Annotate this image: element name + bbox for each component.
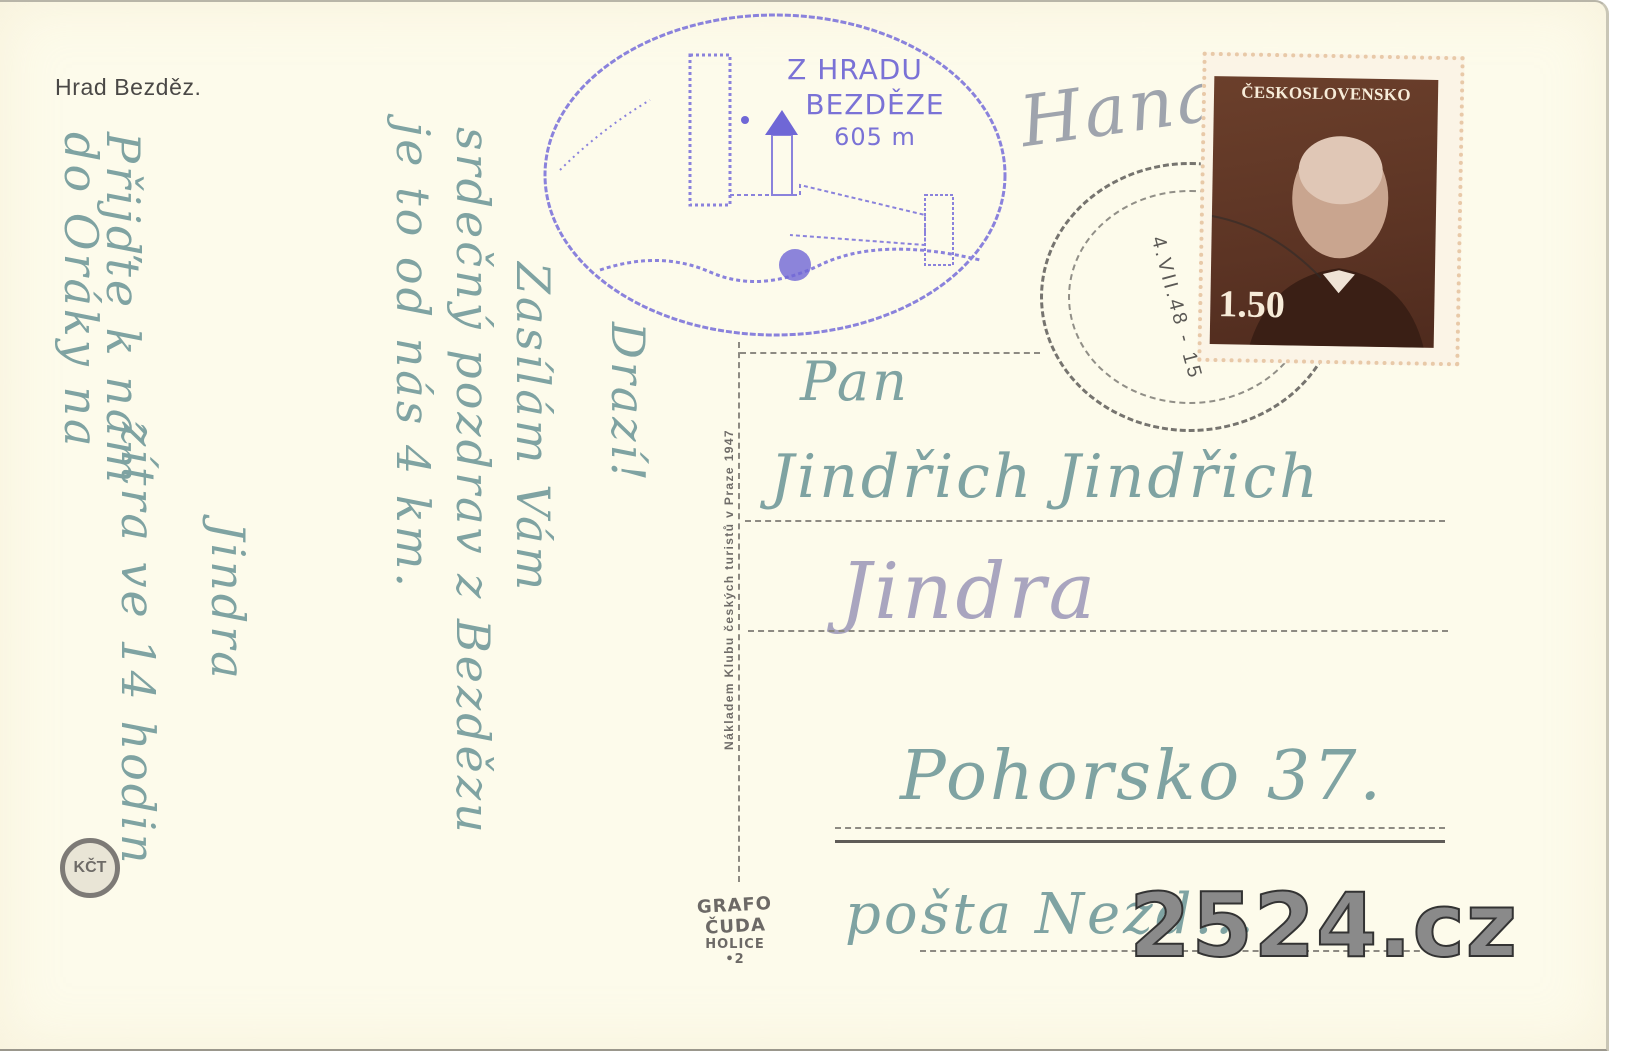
address-pencil-name: Jindra [840,547,1098,637]
address-street: Pohorsko 37. [900,737,1384,816]
postcard-back: Hrad Bezděz. Přijďte k nám do Oráky na z… [0,0,1609,1051]
cachet-line: 605 m [790,122,960,152]
pencil-note: Hana [1015,54,1226,163]
address-salutation: Pan [800,350,910,413]
address-line-solid [835,840,1445,843]
center-divider [738,342,740,882]
postage-stamp: ČESKOSLOVENSKO 1.50 [1210,76,1439,348]
cachet-line: BEZDĚZE [790,87,960,122]
kct-emblem-icon: KČT [60,838,120,898]
handwritten-line: do Oráky na [54,132,108,449]
address-name: Jindřich Jindřich [770,442,1321,512]
printer-name: GRAFO ČUDA [664,891,806,940]
handwritten-line: zítra ve 14 hodin [111,422,165,867]
card-title: Hrad Bezděz. [55,74,202,101]
address-line [748,630,1448,632]
site-watermark: 2524.cz [1129,874,1518,977]
address-line [745,520,1445,522]
signature: Jindra [201,522,255,682]
handwritten-line: srdečný pozdrav z Bezdězu [446,127,500,836]
castle-cachet: Z HRADU BEZDĚZE 605 m [540,10,1010,340]
printer-mark: GRAFO ČUDA HOLICE •2 [665,895,805,967]
cachet-line: Z HRADU [750,52,960,87]
publisher-line: Nákladem Klubu českých turistů v Praze 1… [722,429,736,750]
stamp-value: 1.50 [1218,282,1285,327]
greeting: Drazí! [601,322,655,484]
address-line [835,827,1445,829]
printer-number: •2 [665,952,805,967]
handwritten-line: je to od nás 4 km. [386,122,440,590]
